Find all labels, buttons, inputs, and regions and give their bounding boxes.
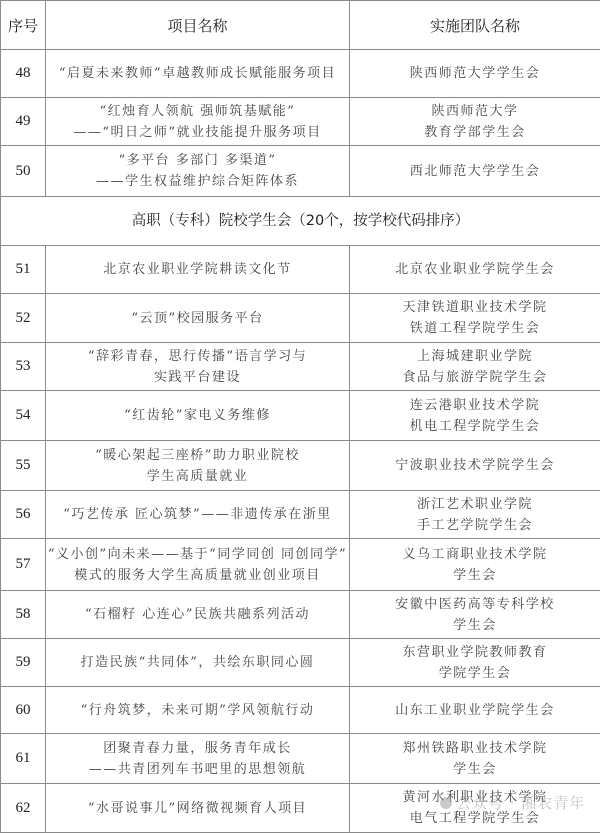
team-name-line: 学生会: [350, 615, 600, 636]
table-row: 51北京农业职业学院耕读文化节北京农业职业学院学生会: [1, 246, 600, 294]
project-name-cell: “巧艺传承 匠心筑梦”——非遗传承在浙里: [46, 491, 350, 539]
team-name-line: 义乌工商职业技术学院: [350, 544, 600, 565]
team-name-line: 宁波职业技术学院学生会: [350, 455, 600, 476]
team-name-cell: 连云港职业技术学院机电工程学院学生会: [350, 391, 600, 441]
section-row: 高职（专科）院校学生会（20个，按学校代码排序）: [1, 197, 600, 246]
team-name-line: 陕西师范大学学生会: [350, 63, 600, 84]
table-row: 61团聚青春力量，服务青年成长——共青团列车书吧里的思想领航郑州铁路职业技术学院…: [1, 734, 600, 784]
project-name-line: 实践平台建设: [46, 367, 349, 388]
team-name-line: 学院学生会: [350, 663, 600, 684]
project-name-line: 模式的服务大学生高质量就业创业项目: [46, 565, 349, 586]
project-name-line: “巧艺传承 匠心筑梦”——非遗传承在浙里: [46, 504, 349, 525]
row-index: 48: [1, 50, 46, 98]
project-name-line: “红烛育人领航 强师筑基赋能”: [46, 101, 349, 122]
row-index: 49: [1, 98, 46, 146]
project-name-line: “水哥说事儿”网络微视频育人项目: [46, 798, 349, 819]
row-index: 56: [1, 491, 46, 539]
team-name-cell: 上海城建职业学院食品与旅游学院学生会: [350, 343, 600, 391]
row-index: 60: [1, 687, 46, 734]
team-name-line: 西北师范大学学生会: [350, 161, 600, 182]
team-name-cell: 义乌工商职业技术学院学生会: [350, 539, 600, 591]
project-name-cell: “红齿轮”家电义务维修: [46, 391, 350, 441]
project-name-cell: “多平台 多部门 多渠道”——学生权益维护综合矩阵体系: [46, 146, 350, 197]
table-row: 62“水哥说事儿”网络微视频育人项目黄河水利职业技术学院电气工程学院学生会: [1, 784, 600, 833]
project-name-cell: “暖心架起三座桥”助力职业院校学生高质量就业: [46, 441, 350, 491]
table-row: 52“云顶”校园服务平台天津铁道职业技术学院铁道工程学院学生会: [1, 294, 600, 343]
project-name-cell: “义小创”向未来——基于“同学同创 同创同学”模式的服务大学生高质量就业创业项目: [46, 539, 350, 591]
team-name-cell: 陕西师范大学学生会: [350, 50, 600, 98]
row-index: 57: [1, 539, 46, 591]
row-index: 50: [1, 146, 46, 197]
project-name-line: “行舟筑梦，未来可期”学风领航行动: [46, 700, 349, 721]
project-name-line: “多平台 多部门 多渠道”: [46, 150, 349, 171]
project-name-line: “暖心架起三座桥”助力职业院校: [46, 445, 349, 466]
header-index: 序号: [1, 1, 46, 50]
row-index: 62: [1, 784, 46, 833]
team-name-line: 天津铁道职业技术学院: [350, 297, 600, 318]
team-name-line: 黄河水利职业技术学院: [350, 787, 600, 808]
table-row: 48“启夏未来教师”卓越教师成长赋能服务项目陕西师范大学学生会: [1, 50, 600, 98]
project-name-line: 打造民族“共同体”，共绘东职同心圆: [46, 652, 349, 673]
team-name-line: 学生会: [350, 565, 600, 586]
project-name-line: ——共青团列车书吧里的思想领航: [46, 759, 349, 780]
project-name-cell: “石榴籽 心连心”民族共融系列活动: [46, 591, 350, 639]
team-name-line: 上海城建职业学院: [350, 346, 600, 367]
row-index: 58: [1, 591, 46, 639]
team-name-line: 机电工程学院学生会: [350, 416, 600, 437]
row-index: 53: [1, 343, 46, 391]
project-name-line: 北京农业职业学院耕读文化节: [46, 259, 349, 280]
table-header-row: 序号 项目名称 实施团队名称: [1, 1, 600, 50]
table-row: 60“行舟筑梦，未来可期”学风领航行动山东工业职业学院学生会: [1, 687, 600, 734]
team-name-line: 手工艺学院学生会: [350, 515, 600, 536]
team-name-cell: 黄河水利职业技术学院电气工程学院学生会: [350, 784, 600, 833]
team-name-cell: 天津铁道职业技术学院铁道工程学院学生会: [350, 294, 600, 343]
row-index: 55: [1, 441, 46, 491]
project-name-line: “辞彩青春，思行传播”语言学习与: [46, 346, 349, 367]
project-name-line: ——学生权益维护综合矩阵体系: [46, 171, 349, 192]
project-name-cell: 团聚青春力量，服务青年成长——共青团列车书吧里的思想领航: [46, 734, 350, 784]
project-name-cell: 打造民族“共同体”，共绘东职同心圆: [46, 639, 350, 687]
row-index: 59: [1, 639, 46, 687]
table-row: 56“巧艺传承 匠心筑梦”——非遗传承在浙里浙江艺术职业学院手工艺学院学生会: [1, 491, 600, 539]
project-name-line: “启夏未来教师”卓越教师成长赋能服务项目: [46, 63, 349, 84]
project-name-cell: “红烛育人领航 强师筑基赋能”——“明日之师”就业技能提升服务项目: [46, 98, 350, 146]
team-name-cell: 安徽中医药高等专科学校学生会: [350, 591, 600, 639]
header-team-name: 实施团队名称: [350, 1, 600, 50]
table-row: 58“石榴籽 心连心”民族共融系列活动安徽中医药高等专科学校学生会: [1, 591, 600, 639]
row-index: 51: [1, 246, 46, 294]
team-name-cell: 山东工业职业学院学生会: [350, 687, 600, 734]
project-name-line: “义小创”向未来——基于“同学同创 同创同学”: [46, 544, 349, 565]
team-name-line: 山东工业职业学院学生会: [350, 700, 600, 721]
table-row: 59打造民族“共同体”，共绘东职同心圆东营职业学院教师教育学院学生会: [1, 639, 600, 687]
team-name-line: 连云港职业技术学院: [350, 395, 600, 416]
table-row: 54“红齿轮”家电义务维修连云港职业技术学院机电工程学院学生会: [1, 391, 600, 441]
table-row: 49“红烛育人领航 强师筑基赋能”——“明日之师”就业技能提升服务项目陕西师范大…: [1, 98, 600, 146]
project-name-cell: “云顶”校园服务平台: [46, 294, 350, 343]
team-name-line: 郑州铁路职业技术学院: [350, 738, 600, 759]
table-row: 53“辞彩青春，思行传播”语言学习与实践平台建设上海城建职业学院食品与旅游学院学…: [1, 343, 600, 391]
project-name-cell: “启夏未来教师”卓越教师成长赋能服务项目: [46, 50, 350, 98]
project-name-line: “云顶”校园服务平台: [46, 308, 349, 329]
project-name-line: “红齿轮”家电义务维修: [46, 405, 349, 426]
project-name-cell: “辞彩青春，思行传播”语言学习与实践平台建设: [46, 343, 350, 391]
team-name-line: 电气工程学院学生会: [350, 808, 600, 829]
project-name-line: ——“明日之师”就业技能提升服务项目: [46, 122, 349, 143]
team-name-line: 北京农业职业学院学生会: [350, 259, 600, 280]
team-name-line: 教育学部学生会: [350, 122, 600, 143]
row-index: 54: [1, 391, 46, 441]
team-name-line: 东营职业学院教师教育: [350, 642, 600, 663]
team-name-cell: 浙江艺术职业学院手工艺学院学生会: [350, 491, 600, 539]
table-row: 57“义小创”向未来——基于“同学同创 同创同学”模式的服务大学生高质量就业创业…: [1, 539, 600, 591]
team-name-cell: 东营职业学院教师教育学院学生会: [350, 639, 600, 687]
team-name-cell: 西北师范大学学生会: [350, 146, 600, 197]
table-row: 55“暖心架起三座桥”助力职业院校学生高质量就业宁波职业技术学院学生会: [1, 441, 600, 491]
award-list-table: 序号 项目名称 实施团队名称 48“启夏未来教师”卓越教师成长赋能服务项目陕西师…: [0, 0, 600, 833]
table-row: 50“多平台 多部门 多渠道”——学生权益维护综合矩阵体系西北师范大学学生会: [1, 146, 600, 197]
team-name-cell: 郑州铁路职业技术学院学生会: [350, 734, 600, 784]
team-name-line: 陕西师范大学: [350, 101, 600, 122]
team-name-cell: 宁波职业技术学院学生会: [350, 441, 600, 491]
team-name-line: 安徽中医药高等专科学校: [350, 594, 600, 615]
section-title: 高职（专科）院校学生会（20个，按学校代码排序）: [1, 197, 600, 246]
project-name-cell: “行舟筑梦，未来可期”学风领航行动: [46, 687, 350, 734]
project-name-cell: 北京农业职业学院耕读文化节: [46, 246, 350, 294]
project-name-line: “石榴籽 心连心”民族共融系列活动: [46, 604, 349, 625]
project-name-line: 团聚青春力量，服务青年成长: [46, 738, 349, 759]
project-name-line: 学生高质量就业: [46, 466, 349, 487]
team-name-cell: 北京农业职业学院学生会: [350, 246, 600, 294]
team-name-line: 浙江艺术职业学院: [350, 494, 600, 515]
team-name-cell: 陕西师范大学教育学部学生会: [350, 98, 600, 146]
row-index: 52: [1, 294, 46, 343]
team-name-line: 铁道工程学院学生会: [350, 318, 600, 339]
header-project-name: 项目名称: [46, 1, 350, 50]
team-name-line: 食品与旅游学院学生会: [350, 367, 600, 388]
team-name-line: 学生会: [350, 759, 600, 780]
row-index: 61: [1, 734, 46, 784]
project-name-cell: “水哥说事儿”网络微视频育人项目: [46, 784, 350, 833]
